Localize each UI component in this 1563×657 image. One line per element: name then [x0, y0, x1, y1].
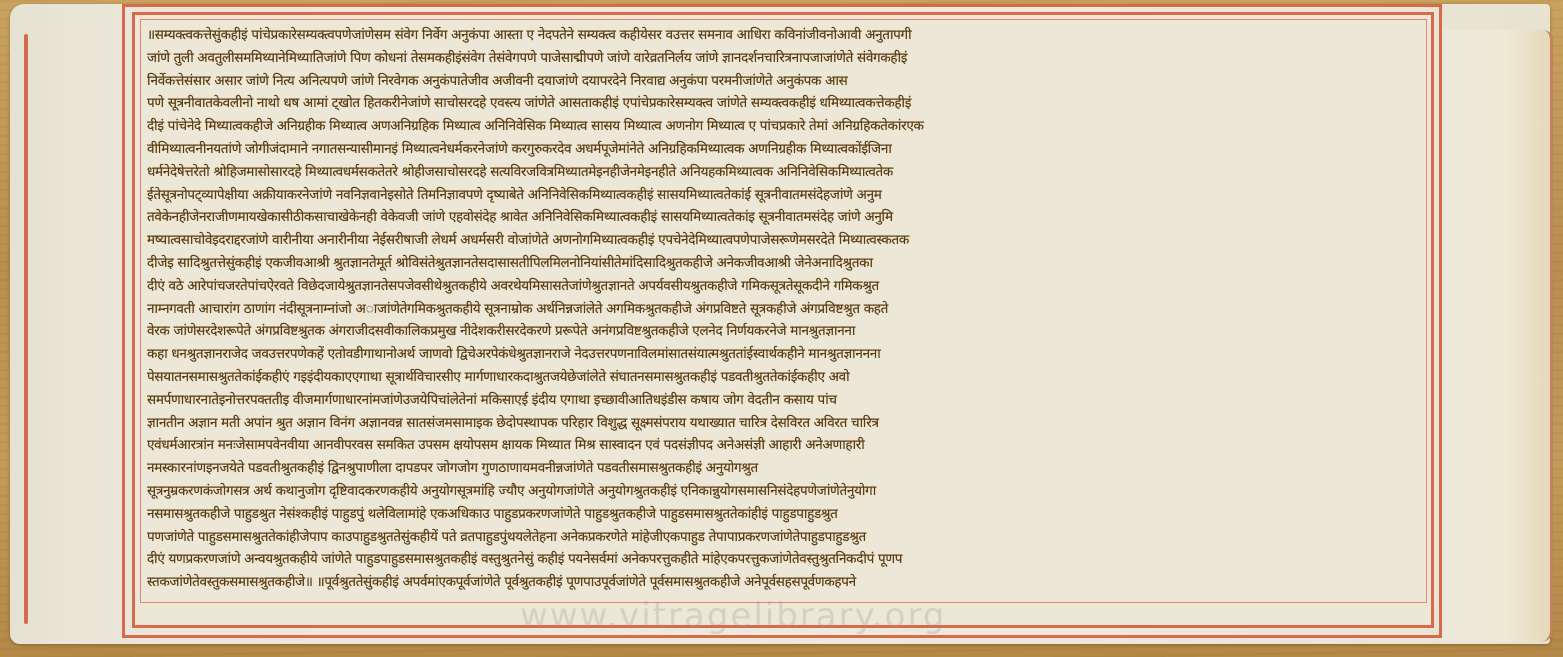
text-line: दीएं वठे आरेपांचजरतेपांचऐरवते विछेदजायेश…	[147, 276, 1421, 297]
text-line: मष्यात्वसाचोवेइदराद्दरजांणे वारीनीया अना…	[147, 230, 1421, 251]
text-line: वेरक जांणेसरदेशरूपेते अंगप्रविष्टश्रुतक …	[147, 321, 1421, 342]
text-line: नमस्कारनांणइनजयेते पडवतीश्रुतकहीइं द्विन…	[147, 458, 1421, 479]
text-line: निर्वेकत्तेसंसार असार जांणे नित्य अनित्य…	[147, 71, 1421, 92]
text-line: धर्मनेदेषेत्तरेतो श्रोहिजमासोसारदहे मिथ्…	[147, 162, 1421, 183]
inner-red-border: ॥सम्यक्त्वकत्तेसुंकहीइं पांचेप्रकारेसम्य…	[132, 12, 1434, 628]
text-line: जांणे तुली अवतुलीसममिथ्यानेमिथ्यातिजांणे…	[147, 48, 1421, 69]
text-line: दीजेइ सादिश्रुतत्तेसुंकहीइं एकजीवआश्री श…	[147, 253, 1421, 274]
text-line: दीएं यणप्रकरणजांणे अन्वयश्रुतकहीये जांणे…	[147, 549, 1421, 570]
text-line: वीमिथ्यात्वनीनयतांणे जोगीजंदामाने नगातसन…	[147, 139, 1421, 160]
text-line: सूत्रनुम्रकरणकंजोगसत्र अर्थ कथानुजोग दृष…	[147, 481, 1421, 502]
left-margin-rule	[24, 34, 28, 624]
text-line: ज्ञानतीन अज्ञान मती अपांन श्रुत अज्ञान व…	[147, 413, 1421, 434]
text-line: ईतेसूत्रनोपट्व्यापेक्षीया अक्रीयाकरनेजां…	[147, 185, 1421, 206]
text-line: पेसयातनसमासश्रुततेकांईकहीएं गइइंदीयकाएएग…	[147, 367, 1421, 388]
text-line: कहा धनश्रुतज्ञानराजेद जवउत्तरपणेकहें एतो…	[147, 344, 1421, 365]
text-line: तवेकेनहीजेनराजीणमायखेकासीठीकसाचाखेकेनही …	[147, 207, 1421, 228]
text-line: नसमासश्रुतकहीजे पाहुडश्रुत नेसंश्कहीइं प…	[147, 504, 1421, 525]
text-line: स्तकजांणेतेवस्तुकसमासश्रुतकहीजे॥ ॥पूर्वश…	[147, 572, 1421, 593]
text-line: पणजांणेते पाहुडसमासश्रुततेकांहीजेपाप काउ…	[147, 527, 1421, 548]
text-line: ॥सम्यक्त्वकत्तेसुंकहीइं पांचेप्रकारेसम्य…	[147, 25, 1421, 46]
text-line: पणे सूत्रनीवातकेवलीनो नाथो धष आमां ट्खोत…	[147, 93, 1421, 114]
text-line: नाम्नगवती आचारांग ठाणांग नंदीसूत्रनाम्ना…	[147, 299, 1421, 320]
text-frame: ॥सम्यक्त्वकत्तेसुंकहीइं पांचेप्रकारेसम्य…	[122, 4, 1442, 638]
watermark: www.vitragelibrary.org	[520, 596, 946, 636]
text-line: एवंधर्मआरत्रांन मनःजेसामपवेनवीया आनवीपरव…	[147, 435, 1421, 456]
right-margin-blank	[1440, 30, 1553, 642]
text-line: समर्पणाधारनातेइनोत्तरपक्ततीइ वीजमार्गणाध…	[147, 390, 1421, 411]
manuscript-text: ॥सम्यक्त्वकत्तेसुंकहीइं पांचेप्रकारेसम्य…	[147, 25, 1421, 595]
text-line: दीइं पांचेनेदे मिथ्यात्वकहीजे अनिग्रहीक …	[147, 116, 1421, 137]
